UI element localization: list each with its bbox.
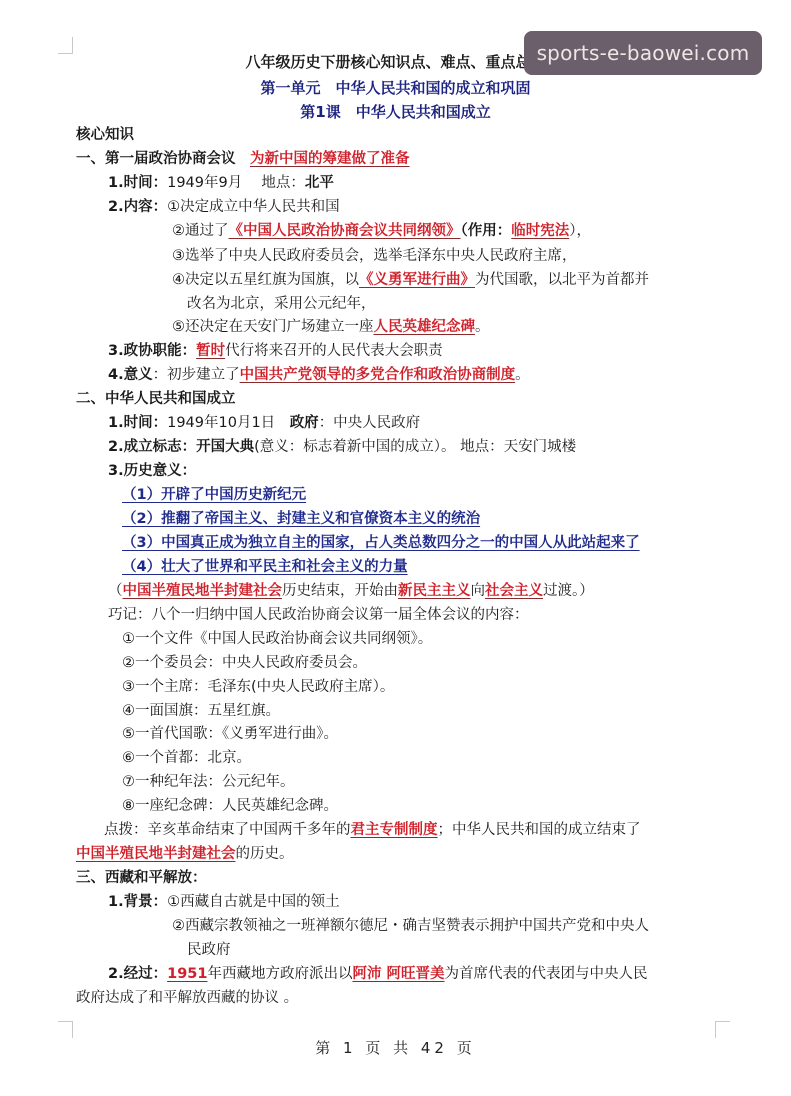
eight-one-item: ②一个委员会：中央人民政府委员会。 [122, 652, 367, 674]
eight-one-item: ⑦一种纪年法：公元纪年。 [122, 771, 295, 793]
s3-process-cont: 政府达成了和平解放西藏的协议 。 [76, 987, 298, 1009]
page-corner-mark [58, 1021, 73, 1038]
s3-process: 2.经过：1951年西藏地方政府派出以阿沛 阿旺晋美为首席代表的代表团与中央人民 [108, 963, 648, 985]
s1-content-2: ②通过了《中国人民政治协商会议共同纲领》（作用：临时宪法）， [172, 220, 591, 242]
s2-meaning-item: （4）壮大了世界和平民主和社会主义的力量 [122, 556, 408, 578]
s1-content-5: ⑤还决定在天安门广场建立一座人民英雄纪念碑。 [172, 316, 490, 338]
s1-significance: 4.意义：初步建立了中国共产党领导的多党合作和政治协商制度。 [108, 364, 530, 386]
s3-background-1: 1.背景：①西藏自古就是中国的领土 [108, 891, 340, 913]
s2-tip-cont: 中国半殖民地半封建社会的历史。 [76, 843, 294, 865]
s1-content-4-cont: 改名为北京，采用公元纪年， [187, 293, 376, 315]
s1-time: 1.时间：1949年9月 地点：北平 [108, 172, 334, 194]
s2-tip: 点拨：辛亥革命结束了中国两千多年的君主专制制度；中华人民共和国的成立结束了 [104, 819, 641, 841]
core-knowledge-label: 核心知识 [76, 124, 134, 146]
lesson-heading: 第1课 中华人民共和国成立 [0, 101, 791, 123]
section-3-heading: 三、西藏和平解放： [76, 867, 207, 889]
eight-one-item: ④一面国旗：五星红旗。 [122, 700, 280, 722]
eight-one-item: ③一个主席：毛泽东(中央人民政府主席）。 [122, 676, 394, 698]
eight-one-item: ⑤一首代国歌：《义勇军进行曲》。 [122, 723, 338, 745]
s2-meaning-item: （2）推翻了帝国主义、封建主义和官僚资本主义的统治 [122, 508, 480, 530]
s2-time: 1.时间：1949年10月1日 政府：中央人民政府 [108, 412, 420, 434]
s3-background-2-cont: 民政府 [187, 939, 231, 961]
s2-founding-mark: 2.成立标志：开国大典(意义：标志着新中国的成立）。 地点：天安门城楼 [108, 436, 576, 458]
s2-mnemonic: 巧记：八个一归纳中国人民政治协商会议第一届全体会议的内容： [108, 604, 529, 626]
watermark: sports-e-baowei.com [524, 31, 762, 75]
s2-note: （中国半殖民地半封建社会历史结束，开始由新民主主义向社会主义过渡。） [108, 580, 594, 602]
s1-content-1: 2.内容：①决定成立中华人民共和国 [108, 196, 340, 218]
s1-content-3: ③选举了中央人民政府委员会，选举毛泽东中央人民政府主席， [172, 245, 577, 267]
eight-one-item: ⑧一座纪念碑：人民英雄纪念碑。 [122, 795, 338, 817]
unit-heading: 第一单元 中华人民共和国的成立和巩固 [0, 77, 791, 99]
page-number: 第 1 页 共 42 页 [0, 1037, 791, 1058]
section-1-heading: 一、第一届政治协商会议 为新中国的筹建做了准备 [76, 148, 410, 170]
section-2-heading: 二、中华人民共和国成立 [76, 388, 236, 410]
s2-meaning-item: （1）开辟了中国历史新纪元 [122, 484, 306, 506]
s1-function: 3.政协职能：暂时代行将来召开的人民代表大会职责 [108, 340, 443, 362]
eight-one-item: ①一个文件《中国人民政治协商会议共同纲领》。 [122, 628, 432, 650]
eight-one-item: ⑥一个首都：北京。 [122, 747, 251, 769]
s1-content-4: ④决定以五星红旗为国旗，以《义勇军进行曲》为代国歌，以北平为首都并 [172, 269, 649, 291]
page-corner-mark [715, 1021, 730, 1038]
s3-background-2: ②西藏宗教领袖之一班禅额尔德尼・确吉坚赞表示拥护中国共产党和中央人 [172, 915, 649, 937]
s2-meaning-label: 3.历史意义： [108, 460, 196, 482]
s2-meaning-item: （3）中国真正成为独立自主的国家，占人类总数四分之一的中国人从此站起来了 [122, 532, 640, 554]
